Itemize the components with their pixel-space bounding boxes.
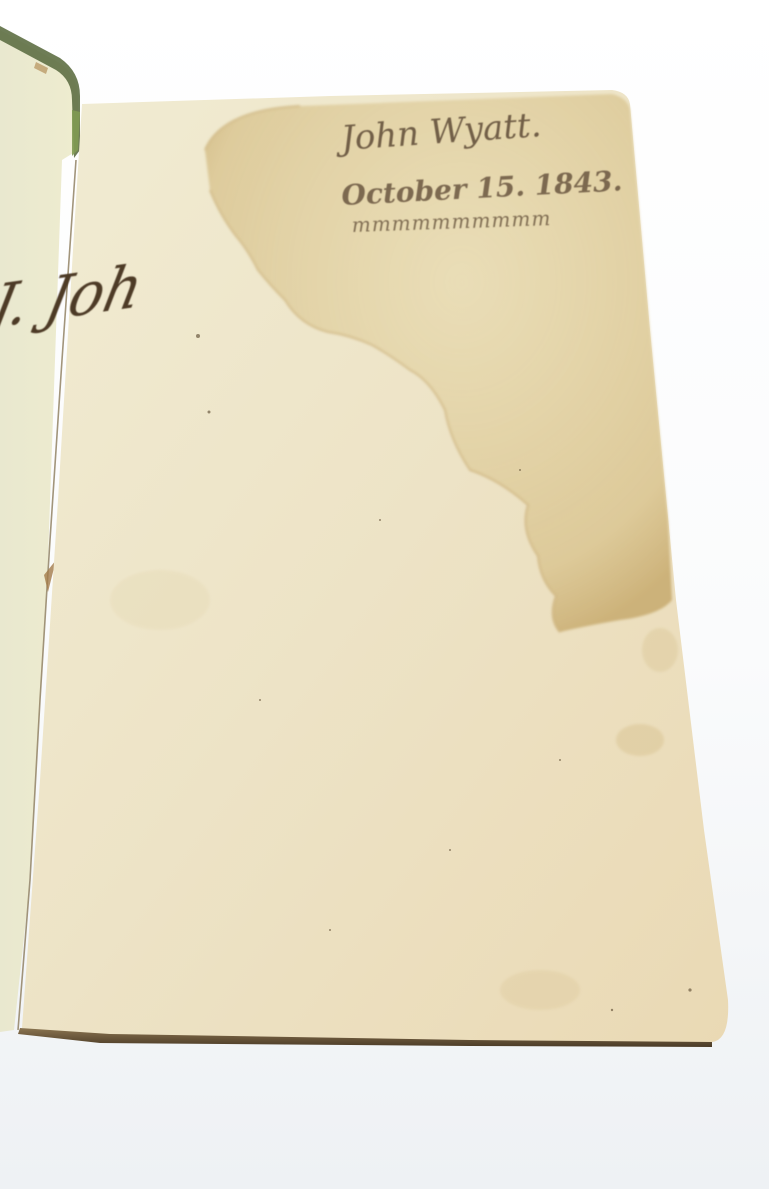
book-photo: John Wyatt. October 15. 1843. mmmmmmmmmm… [0,0,769,1189]
book-illustration: John Wyatt. October 15. 1843. mmmmmmmmmm… [0,0,769,1189]
